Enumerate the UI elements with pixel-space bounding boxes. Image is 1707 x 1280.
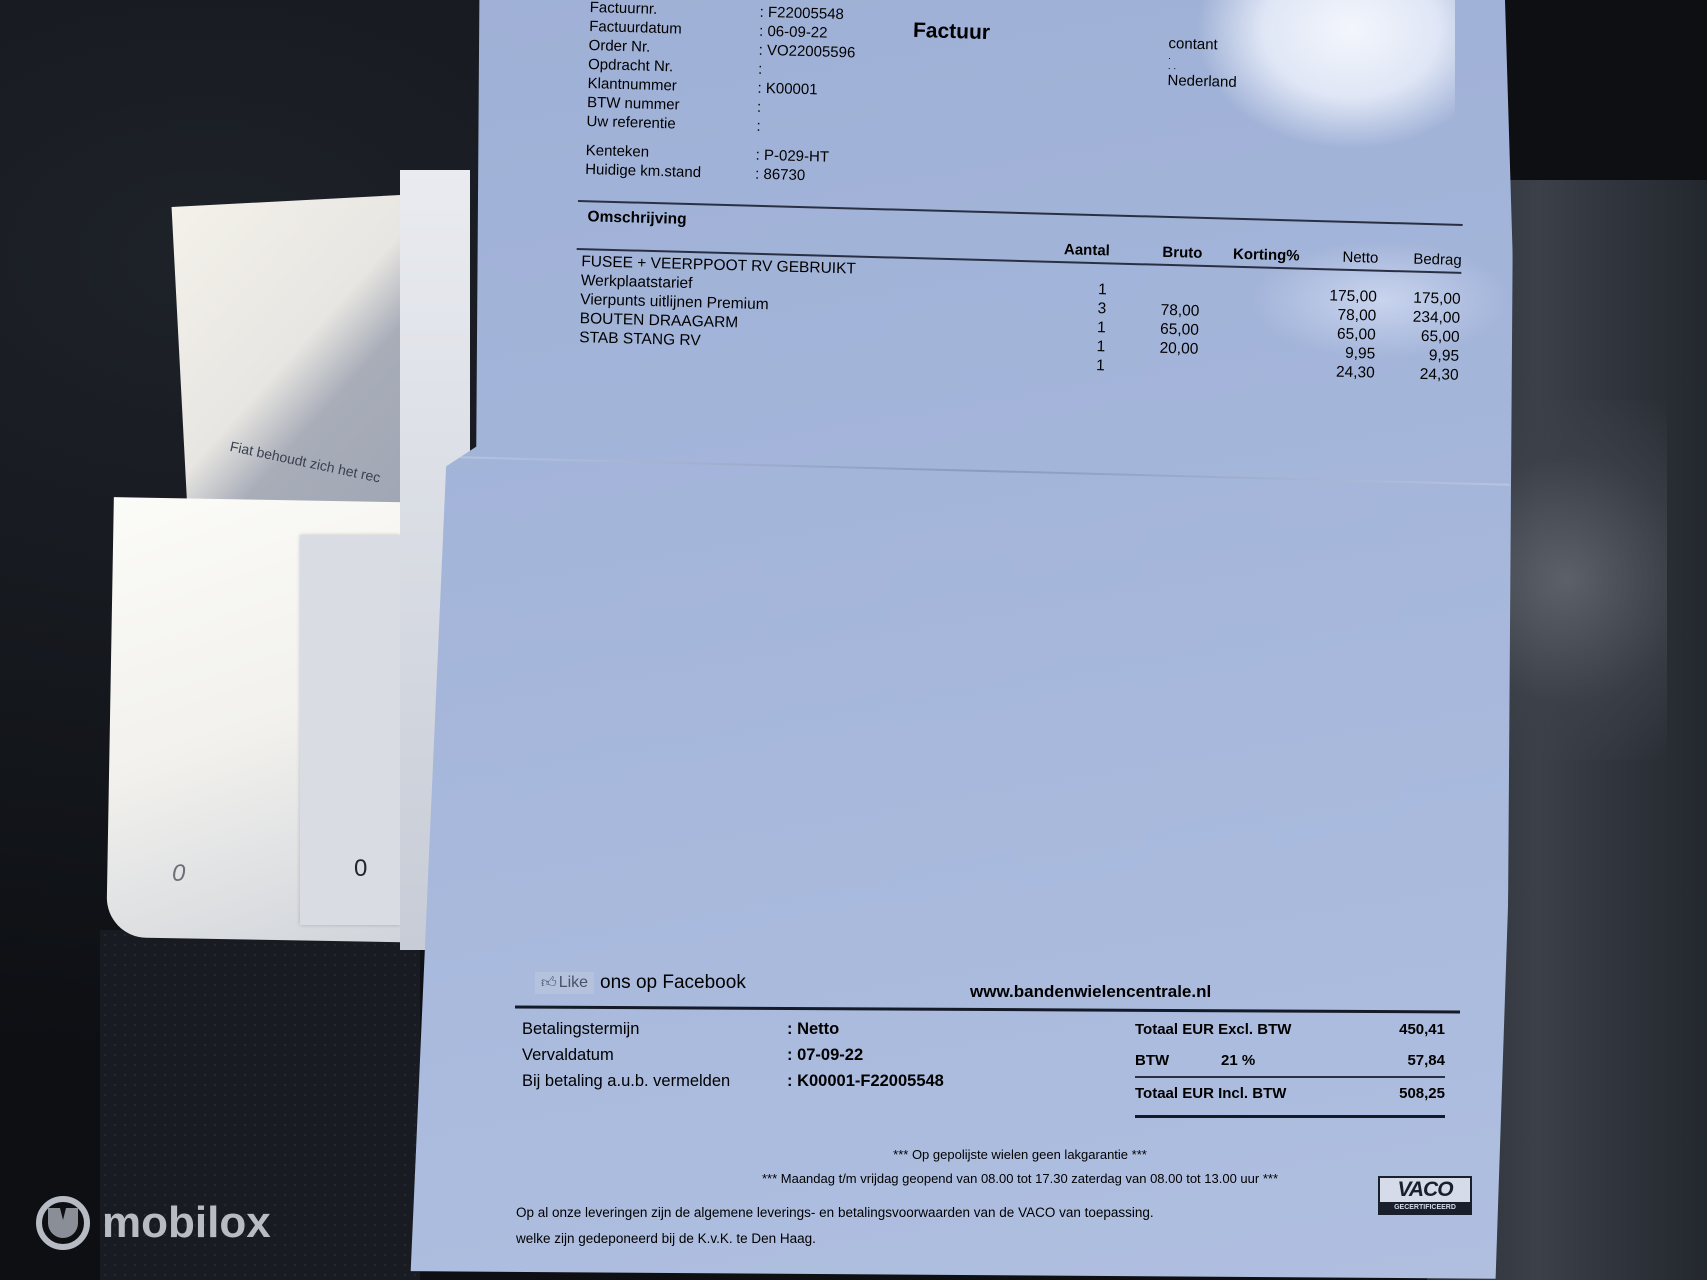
totals-block: Totaal EUR Excl. BTW 450,41 BTW 21 % 57,…	[1135, 1014, 1445, 1118]
cell-korting	[1198, 340, 1296, 362]
note-line: *** Maandag t/m vrijdag geopend van 08.0…	[730, 1167, 1310, 1191]
col-netto: Netto	[1299, 248, 1378, 268]
totals-rule	[1135, 1115, 1445, 1118]
cell-netto: 78,00	[1297, 304, 1377, 325]
cell-aantal: 1	[1018, 278, 1107, 299]
terms-text: Op al onze leveringen zijn de algemene l…	[516, 1200, 1154, 1252]
cell-netto: 175,00	[1297, 286, 1377, 307]
payment-row: Bij betaling a.u.b. vermelden: K00001-F2…	[522, 1068, 944, 1094]
cell-aantal: 1	[1016, 354, 1105, 375]
facebook-text: ons op Facebook	[600, 972, 746, 994]
payment-row: Betalingstermijn: Netto	[522, 1016, 944, 1042]
back-paper-card	[300, 535, 400, 925]
cell-bedrag: 24,30	[1375, 364, 1459, 385]
thumbs-up-icon: 👍︎	[541, 974, 557, 992]
facebook-promo: 👍︎ Like ons op Facebook	[535, 972, 746, 994]
total-incl-row: Totaal EUR Incl. BTW 508,25	[1135, 1078, 1445, 1109]
cell-korting	[1199, 321, 1297, 343]
col-bedrag: Bedrag	[1378, 250, 1462, 270]
invoice-meta: Factuurnr.: F22005548 Factuurdatum: 06-0…	[585, 0, 900, 188]
cell-aantal: 3	[1018, 297, 1107, 318]
page-number-left: 0	[172, 860, 185, 888]
cell-bedrag: 9,95	[1375, 345, 1459, 366]
cell-netto: 65,00	[1296, 323, 1376, 344]
cell-korting	[1200, 283, 1298, 305]
col-aantal: Aantal	[1017, 240, 1110, 260]
mobilox-logo-icon	[36, 1196, 90, 1250]
cell-bedrag: 175,00	[1377, 288, 1461, 309]
cell-bruto	[1104, 356, 1198, 378]
cell-korting	[1198, 359, 1296, 381]
cell-bruto: 65,00	[1105, 318, 1199, 340]
page-number-right: 0	[354, 855, 367, 883]
cell-bedrag: 234,00	[1376, 307, 1460, 328]
facebook-like-button[interactable]: 👍︎ Like	[535, 972, 594, 994]
total-excl-row: Totaal EUR Excl. BTW 450,41	[1135, 1014, 1445, 1045]
payment-info: Betalingstermijn: Netto Vervaldatum: 07-…	[522, 1016, 944, 1094]
invoice-notes: *** Op gepolijste wielen geen lakgaranti…	[730, 1143, 1310, 1191]
col-korting: Korting%	[1202, 245, 1300, 266]
terms-line: welke zijn gedeponeerd bij de K.v.K. te …	[516, 1226, 1154, 1252]
terms-line: Op al onze leveringen zijn de algemene l…	[516, 1200, 1154, 1226]
invoice-title: Factuur	[913, 19, 991, 45]
cell-aantal: 1	[1017, 316, 1106, 337]
cell-bedrag: 65,00	[1376, 326, 1460, 347]
payment-row: Vervaldatum: 07-09-22	[522, 1042, 944, 1068]
vaco-logo: VACO GECERTIFICEERD	[1378, 1176, 1472, 1215]
cell-bruto	[1107, 280, 1201, 302]
note-line: *** Op gepolijste wielen geen lakgaranti…	[730, 1143, 1310, 1167]
cell-netto: 9,95	[1296, 342, 1376, 363]
cell-netto: 24,30	[1295, 361, 1375, 382]
mobilox-watermark: mobilox	[36, 1196, 271, 1250]
customer-address: contant . . . Nederland	[1167, 35, 1238, 91]
cell-bruto: 78,00	[1106, 299, 1200, 321]
cell-bruto: 20,00	[1105, 337, 1199, 359]
cell-aantal: 1	[1016, 335, 1105, 356]
col-bruto: Bruto	[1110, 242, 1203, 262]
btw-row: BTW 21 % 57,84	[1135, 1045, 1445, 1076]
cell-korting	[1199, 302, 1297, 324]
website-url: www.bandenwielencentrale.nl	[970, 982, 1211, 1002]
